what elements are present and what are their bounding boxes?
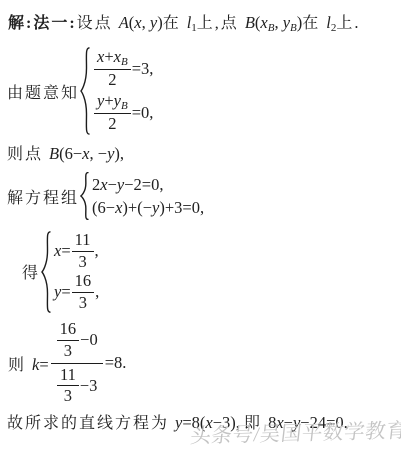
solution-document: 解:法一:设点 A(x, y)在 l1上,点 B(xB, yB)在 l2上. 由… xyxy=(0,0,401,449)
equation-line1: 2x−y−2=0, xyxy=(92,173,204,196)
equation-rhs: =3, xyxy=(132,59,154,79)
equation-y-midpoint: y+yB 2 =0, xyxy=(93,91,153,135)
system1-equations: x+xB 2 =3, y+yB 2 =0, xyxy=(93,47,153,135)
system2-label: 解方程组 xyxy=(7,185,79,208)
slope-big-fraction: 16 3 −0 11 3 −3 xyxy=(51,320,103,407)
fraction: 16 3 xyxy=(72,272,95,313)
fraction: 16 3 xyxy=(57,320,80,361)
system1-label: 由题意知 xyxy=(7,80,79,103)
system2-equations: 2x−y−2=0, (6−x)+(−y)+3=0, xyxy=(92,173,204,219)
solution-line-setup: 解:法一:设点 A(x, y)在 l1上,点 B(xB, yB)在 l2上. xyxy=(8,12,359,39)
equation-system-midpoint: 由题意知 x+xB 2 =3, y+yB 2 =0, xyxy=(7,46,153,136)
equation-system-solve: 解方程组 2x−y−2=0, (6−x)+(−y)+3=0, xyxy=(7,172,204,220)
system3-equations: x= 11 3 , y= 16 3 , xyxy=(54,231,99,313)
equation-y-value: y= 16 3 , xyxy=(54,272,99,313)
left-brace-icon xyxy=(80,47,90,135)
big-fraction-denominator: 11 3 −3 xyxy=(51,364,102,407)
equation-x-midpoint: x+xB 2 =3, xyxy=(93,47,153,91)
left-brace-icon xyxy=(80,172,89,220)
left-brace-icon xyxy=(41,231,51,313)
fraction: 11 3 xyxy=(72,231,94,272)
fraction: x+xB 2 xyxy=(94,48,131,91)
slope-computation: 则 k= 16 3 −0 11 3 −3 =8. xyxy=(8,324,126,402)
watermark: 头条号/吴国平数学教育 xyxy=(189,413,401,449)
slope-lhs: 则 k= xyxy=(8,352,49,375)
solution-line-point-b: 则点 B(6−x, −y), xyxy=(7,143,124,165)
equation-rhs: =0, xyxy=(132,103,154,123)
equation-line2: (6−x)+(−y)+3=0, xyxy=(92,196,204,219)
fraction: 11 3 xyxy=(57,366,79,407)
fraction: y+yB 2 xyxy=(94,92,131,135)
system3-label: 得 xyxy=(22,260,40,283)
equation-system-result: 得 x= 11 3 , y= 16 3 , xyxy=(22,230,99,313)
equation-x-value: x= 11 3 , xyxy=(54,231,99,272)
slope-rhs: =8. xyxy=(105,353,127,373)
big-fraction-numerator: 16 3 −0 xyxy=(51,320,103,364)
